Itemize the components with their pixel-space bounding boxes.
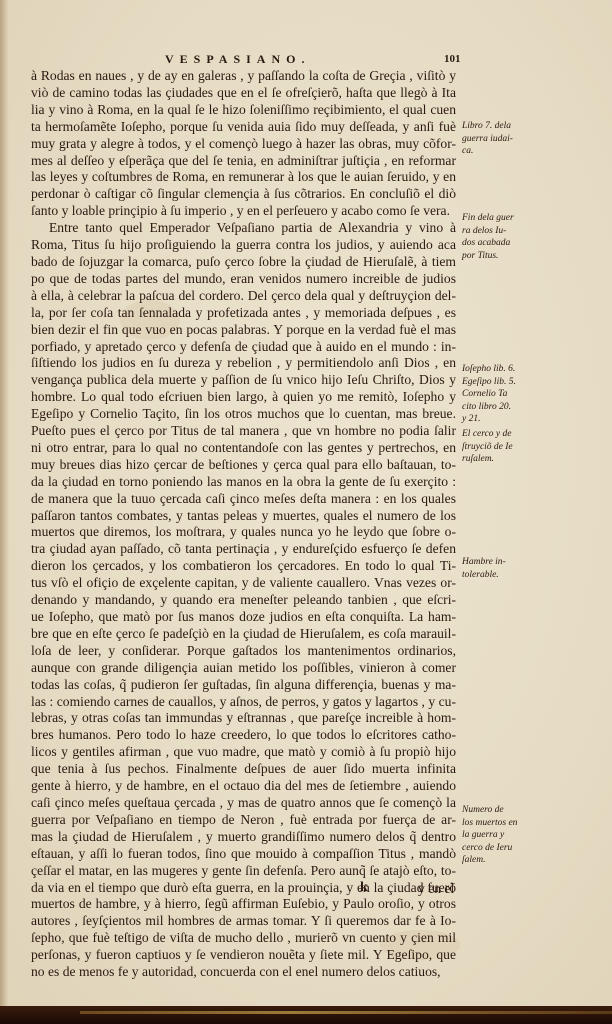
text-line: denando y mandando, y quando era meneſte… <box>31 592 456 609</box>
text-line: dieron los çercados, y los combatieron l… <box>31 558 456 575</box>
text-line: paſſaron tantos combates, y tantas pelea… <box>31 508 456 525</box>
margin-note-line: Egeſipo lib. 5. <box>462 376 542 389</box>
text-line: tus vſò el ofiçio de exçelente capitan, … <box>31 575 456 592</box>
margin-note-line: Hambre in- <box>462 556 542 569</box>
text-line: bado de ſojuzgar la comarca, puſo çerco … <box>31 254 456 271</box>
text-line: caſi çinco meſes queſtaua çercada , y ma… <box>31 795 456 812</box>
page-gutter <box>0 0 9 1012</box>
cover-gilt-line <box>80 1011 612 1014</box>
text-line: viò de camino todas las çiudades que en … <box>31 85 456 102</box>
text-line: tra çiudad ayan paſſado, cõ tanta pertin… <box>31 541 456 558</box>
text-line: muy breues dias hizo çercar de beſtiones… <box>31 457 456 474</box>
text-line: loſa de leer, y conſiderar. Porque gaſta… <box>31 643 456 660</box>
body-text: à Rodas en naues , y de ay en galeras , … <box>31 68 456 981</box>
running-head: VESPASIANO. <box>165 52 310 67</box>
text-line: hombre. Lo qual todo eſcriuen bien largo… <box>31 389 456 406</box>
text-line: guerra por Veſpaſiano en tiempo de Neron… <box>31 812 456 829</box>
text-line: perdonar ò caſtigar cõ ſingular clemençi… <box>31 186 456 203</box>
text-line: todas las coſas, q̃ pudieron ſer guſtada… <box>31 677 456 694</box>
book-page: VESPASIANO. 101 à Rodas en naues , y de … <box>0 0 612 1012</box>
text-line: bres humanos. Pero todo lo haze creedero… <box>31 727 456 744</box>
text-line: ni otro entrar, para lo qual no contenta… <box>31 440 456 457</box>
margin-note-line: dos acabada <box>462 237 542 250</box>
text-line: lebras, y otras coſas tan immundas y eſt… <box>31 710 456 727</box>
margin-note-line: Ioſepho lib. 6. <box>462 363 542 376</box>
text-line: ue Ioſepho, que matò por ſus manos doze … <box>31 609 456 626</box>
margin-note-libro: Libro 7. dela guerra iudai- ca. <box>462 120 542 158</box>
margin-note-line: por Titus. <box>462 250 542 263</box>
text-line: vengança publica dela muerte y paſſion d… <box>31 372 456 389</box>
text-line: ſepho, que fuè teſtigo de viſta de mucho… <box>31 930 456 947</box>
margin-note-line: los muertos en <box>462 817 542 830</box>
text-line: mas la çiudad de Hieruſalem , y muerto g… <box>31 829 456 846</box>
paragraph-start: Entre tanto quel Emperador Veſpaſiano pa… <box>31 220 456 237</box>
text-line: muy grata y alegre à todos, y el començò… <box>31 136 456 153</box>
margin-note-line: guerra iudai- <box>462 133 542 146</box>
signature-mark: k <box>360 880 368 896</box>
margin-note-line: ruſalem. <box>462 453 542 466</box>
text-line: autores , ſeyſçientos mil hombres de arm… <box>31 913 456 930</box>
text-line: perſonas, y fueron captiuos y ſe vendier… <box>31 947 456 964</box>
text-line: ſanto y loable prinçipio à ſu imperio , … <box>31 203 456 220</box>
text-line: à Rodas en naues , y de ay en galeras , … <box>31 68 456 85</box>
margin-note-line: Cornelio Ta <box>462 388 542 401</box>
margin-note-line: ra delos Iu- <box>462 225 542 238</box>
margin-note-line: El cerco y de <box>462 428 542 441</box>
margin-note-line: ca. <box>462 145 542 158</box>
text-line: eſtauan, y aſſi lo fueran todos, ſino qu… <box>31 846 456 863</box>
margin-note-numero-muertos: Numero de los muertos en la guerra y cer… <box>462 804 542 867</box>
page-number: 101 <box>444 53 461 65</box>
text-line: no es de menos fe y autoridad, concuerda… <box>31 964 456 981</box>
text-line: ta hermoſamẽte Ioſepho, porque ſu venida… <box>31 119 456 136</box>
text-line: po que de todas partes del mundo, eran v… <box>31 271 456 288</box>
margin-note-line: Fin dela guer <box>462 212 542 225</box>
text-line: mes al deſſeo y eſperãça que del ſe teni… <box>31 153 456 170</box>
margin-note-fin-guerra: Fin dela guer ra delos Iu- dos acabada p… <box>462 212 542 262</box>
text-line: bien dezir el fin que vuo en pocas palab… <box>31 322 456 339</box>
text-line: da la çiudad en torno poniendo las manos… <box>31 474 456 491</box>
margin-note-line: cerco de Ieru <box>462 842 542 855</box>
text-line: muertos que diremos, los moſtrara, y qua… <box>31 524 456 541</box>
margin-note-line: cito libro 20. <box>462 401 542 414</box>
margin-note-line: Numero de <box>462 804 542 817</box>
text-line: las leyes y coſtumbres de Roma, en remun… <box>31 169 456 186</box>
text-line: Egeſipo y Cornelio Taçito, ſin los otros… <box>31 406 456 423</box>
text-line: gente à hierro, y de hambre, en el octau… <box>31 778 456 795</box>
text-line: las : comiendo carnes de cauallos, y aſn… <box>31 694 456 711</box>
text-line: licos y gentiles afirman , que vuo madre… <box>31 744 456 761</box>
text-line: Roma, Titus ſu hijo proſiguiendo la guer… <box>31 237 456 254</box>
margin-note-cerco: El cerco y de ſtruyciõ de Ie ruſalem. <box>462 428 542 466</box>
margin-note-sources: Ioſepho lib. 6. Egeſipo lib. 5. Cornelio… <box>462 363 542 426</box>
text-line: ſiſtiendo los judios en ſu dureza y rebe… <box>31 355 456 372</box>
book-cover-edge <box>0 1006 612 1024</box>
text-line: da via en el tiempo que durò eſta guerra… <box>31 880 456 897</box>
margin-note-line: Libro 7. dela <box>462 120 542 133</box>
text-line: de manera que la tuuo çercada caſi çinco… <box>31 491 456 508</box>
text-line: aunque con grande diligençia auian metid… <box>31 660 456 677</box>
text-line: çeſſar el matar, en las mugeres y gente … <box>31 863 456 880</box>
margin-note-hambre: Hambre in- tolerable. <box>462 556 542 581</box>
text-line: la, por ſer coſa tan ſennalada y profeti… <box>31 305 456 322</box>
text-line: lia y vino à Roma, en la qual ſe le hizo… <box>31 102 456 119</box>
text-line: muertos de hambre, y à hierro, ſegũ affi… <box>31 896 456 913</box>
text-line: à ella, à celebrar la paſcua del cordero… <box>31 288 456 305</box>
text-line: que tenia à ſus pechos. Finalmente deſpu… <box>31 761 456 778</box>
margin-note-line: ſtruyciõ de Ie <box>462 441 542 454</box>
margin-note-line: tolerable. <box>462 569 542 582</box>
margin-note-line: ſalem. <box>462 854 542 867</box>
margin-note-line: y 21. <box>462 413 542 426</box>
catchword: y en el <box>418 881 454 897</box>
text-line: bre que en eſte çerco ſe padeſçiò en la … <box>31 626 456 643</box>
margin-note-line: la guerra y <box>462 829 542 842</box>
text-line: Pueſto pues el çerco por Titus de tal ma… <box>31 423 456 440</box>
text-line: porfiado, y apretado çerco y defenſa de … <box>31 339 456 356</box>
